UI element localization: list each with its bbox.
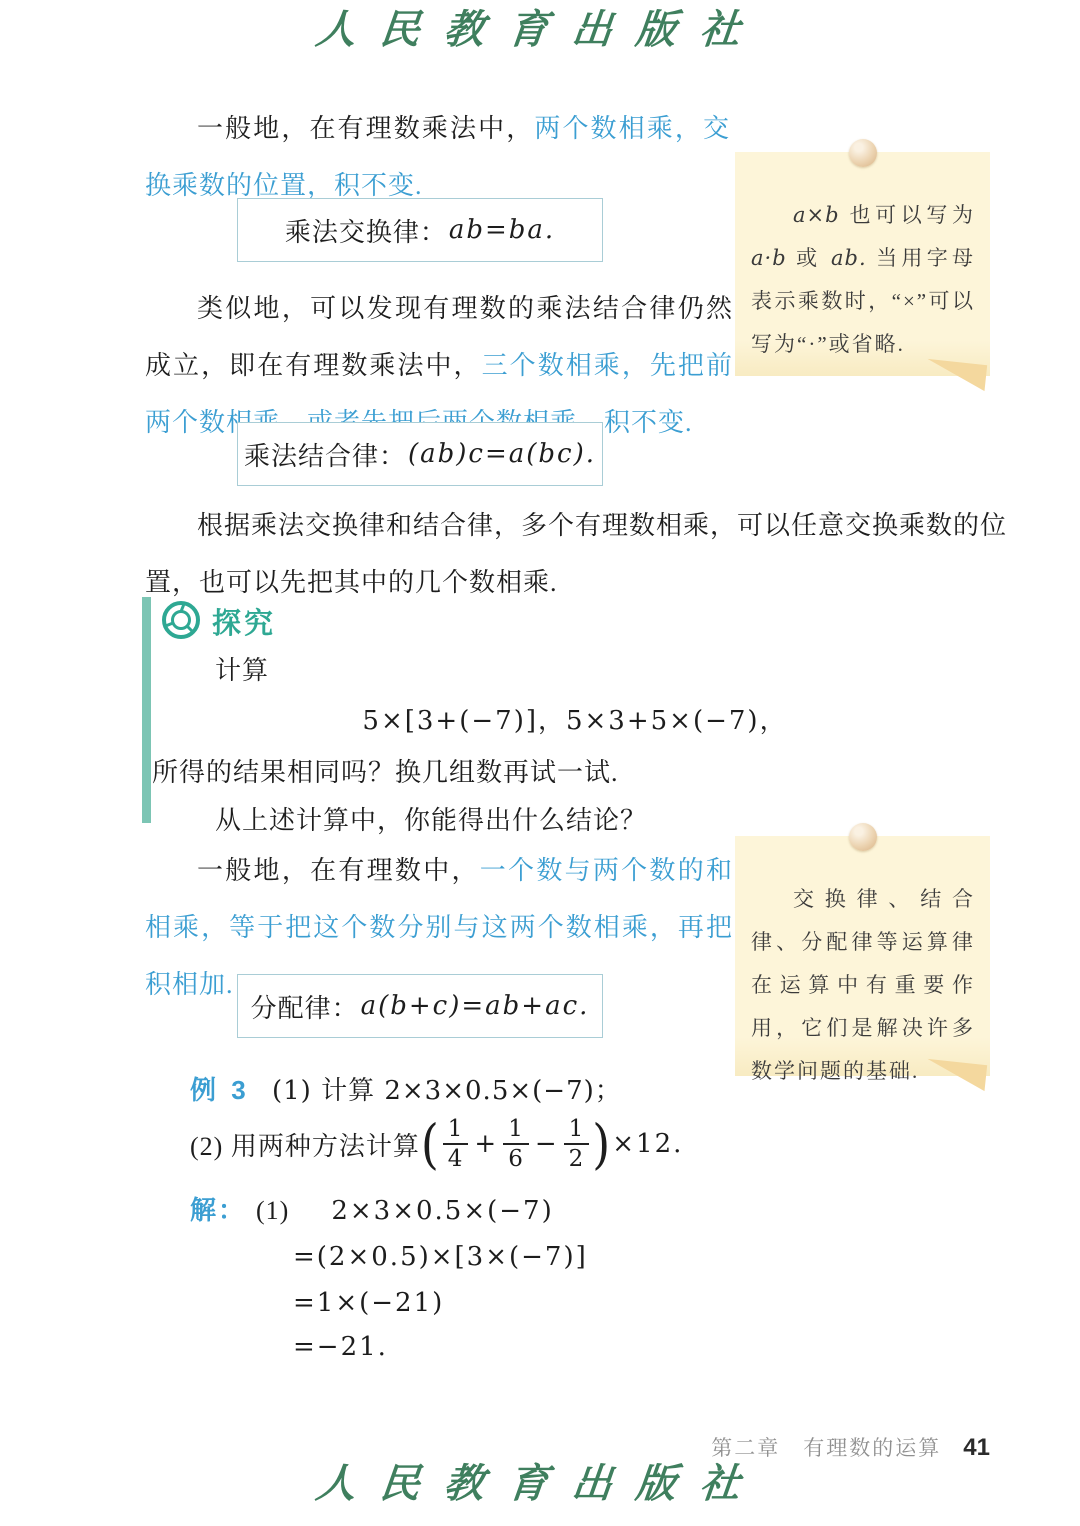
paragraph-commutative-intro: 一般地，在有理数乘法中，两个数相乘，交换乘数的位置，积不变. <box>145 100 730 214</box>
law-label: 分配律： <box>251 988 359 1025</box>
paragraph-laws-usage: 根据乘法交换律和结合律，多个有理数相乘，可以任意交换乘数的位置，也可以先把其中的… <box>145 497 1007 611</box>
left-paren: ( <box>421 1118 440 1171</box>
law-box-associative: 乘法结合律：(ab)c=a(bc). <box>237 422 603 486</box>
solution-step-1: =(2×0.5)×[3×(−7)] <box>293 1242 588 1272</box>
pin-icon <box>849 823 877 851</box>
law-box-distributive: 分配律：a(b+c)=ab+ac. <box>237 974 603 1038</box>
textbook-page: 人民教育出版社 一般地，在有理数乘法中，两个数相乘，交换乘数的位置，积不变. 乘… <box>0 0 1080 1526</box>
denominator: 6 <box>508 1145 524 1172</box>
note-text: a×b 也可以写为 a·b 或 ab. 当用字母表示乘数时，“×”可以写为“·”… <box>751 194 975 366</box>
explore-equation: 5×[3+(−7)]，5×3+5×(−7)， <box>145 700 1005 737</box>
solution-label: 解： <box>190 1190 246 1227</box>
item-2-text: (2) 用两种方法计算 <box>190 1126 420 1163</box>
note-fold-corner <box>925 359 987 391</box>
solution-expression: 2×3×0.5×(−7) <box>331 1196 553 1226</box>
pin-icon <box>849 139 877 167</box>
solution-first-line: 解： (1) 2×3×0.5×(−7) <box>190 1190 554 1227</box>
paragraph-text: 一般地，在有理数乘法中， <box>197 114 534 143</box>
solution-step-2: =1×(−21) <box>293 1288 444 1318</box>
solution-part-index: (1) <box>256 1196 289 1226</box>
item-2-suffix: ×12. <box>612 1129 683 1159</box>
law-label: 乘法交换律： <box>285 212 447 249</box>
fraction-one-sixth: 16 <box>503 1116 529 1173</box>
explore-compute-label: 计算 <box>215 650 269 687</box>
explore-question-2: 从上述计算中，你能得出什么结论？ <box>215 800 647 837</box>
math-inline: a·b <box>751 246 787 270</box>
minus-operator: − <box>535 1129 558 1159</box>
paragraph-text: 一般地，在有理数中， <box>197 856 480 885</box>
fraction-one-fourth: 14 <box>443 1116 469 1173</box>
explore-question-1: 所得的结果相同吗？换几组数再试一试. <box>152 752 619 789</box>
numerator: 1 <box>503 1116 529 1145</box>
note-segment: 也可以写为 <box>840 203 975 227</box>
explore-icon <box>160 599 202 641</box>
right-paren: ) <box>592 1118 611 1171</box>
example-3-item-2: (2) 用两种方法计算(14+16−12)×12. <box>190 1108 683 1180</box>
solution-step-3: =−21. <box>293 1332 388 1362</box>
fraction-one-half: 12 <box>564 1116 590 1173</box>
numerator: 1 <box>443 1116 469 1145</box>
numerator: 1 <box>564 1116 590 1145</box>
law-label: 乘法结合律： <box>244 436 406 473</box>
margin-note-multiplication-notation: a×b 也可以写为 a·b 或 ab. 当用字母表示乘数时，“×”可以写为“·”… <box>735 152 990 376</box>
law-formula: ab=ba. <box>449 215 555 245</box>
denominator: 4 <box>448 1145 464 1172</box>
margin-note-laws-importance: 交换律、结合律、分配律等运算律在运算中有重要作用，它们是解决许多数学问题的基础. <box>735 836 990 1076</box>
note-segment: 或 <box>787 246 831 270</box>
publisher-logo-bottom: 人民教育出版社 <box>0 1458 1080 1510</box>
explore-section-title: 探究 <box>212 601 276 642</box>
publisher-logo-top: 人民教育出版社 <box>0 4 1080 56</box>
plus-operator: + <box>474 1129 497 1159</box>
denominator: 2 <box>569 1145 585 1172</box>
law-formula: a(b+c)=ab+ac. <box>361 991 590 1021</box>
law-formula: (ab)c=a(bc). <box>408 439 596 469</box>
law-box-commutative: 乘法交换律：ab=ba. <box>237 198 603 262</box>
example-3-item-1: (1) 计算 2×3×0.5×(−7)； <box>272 1070 622 1107</box>
math-inline: a×b <box>793 203 840 227</box>
example-3-label: 例 3 <box>190 1070 250 1107</box>
math-inline: ab. <box>831 246 867 270</box>
